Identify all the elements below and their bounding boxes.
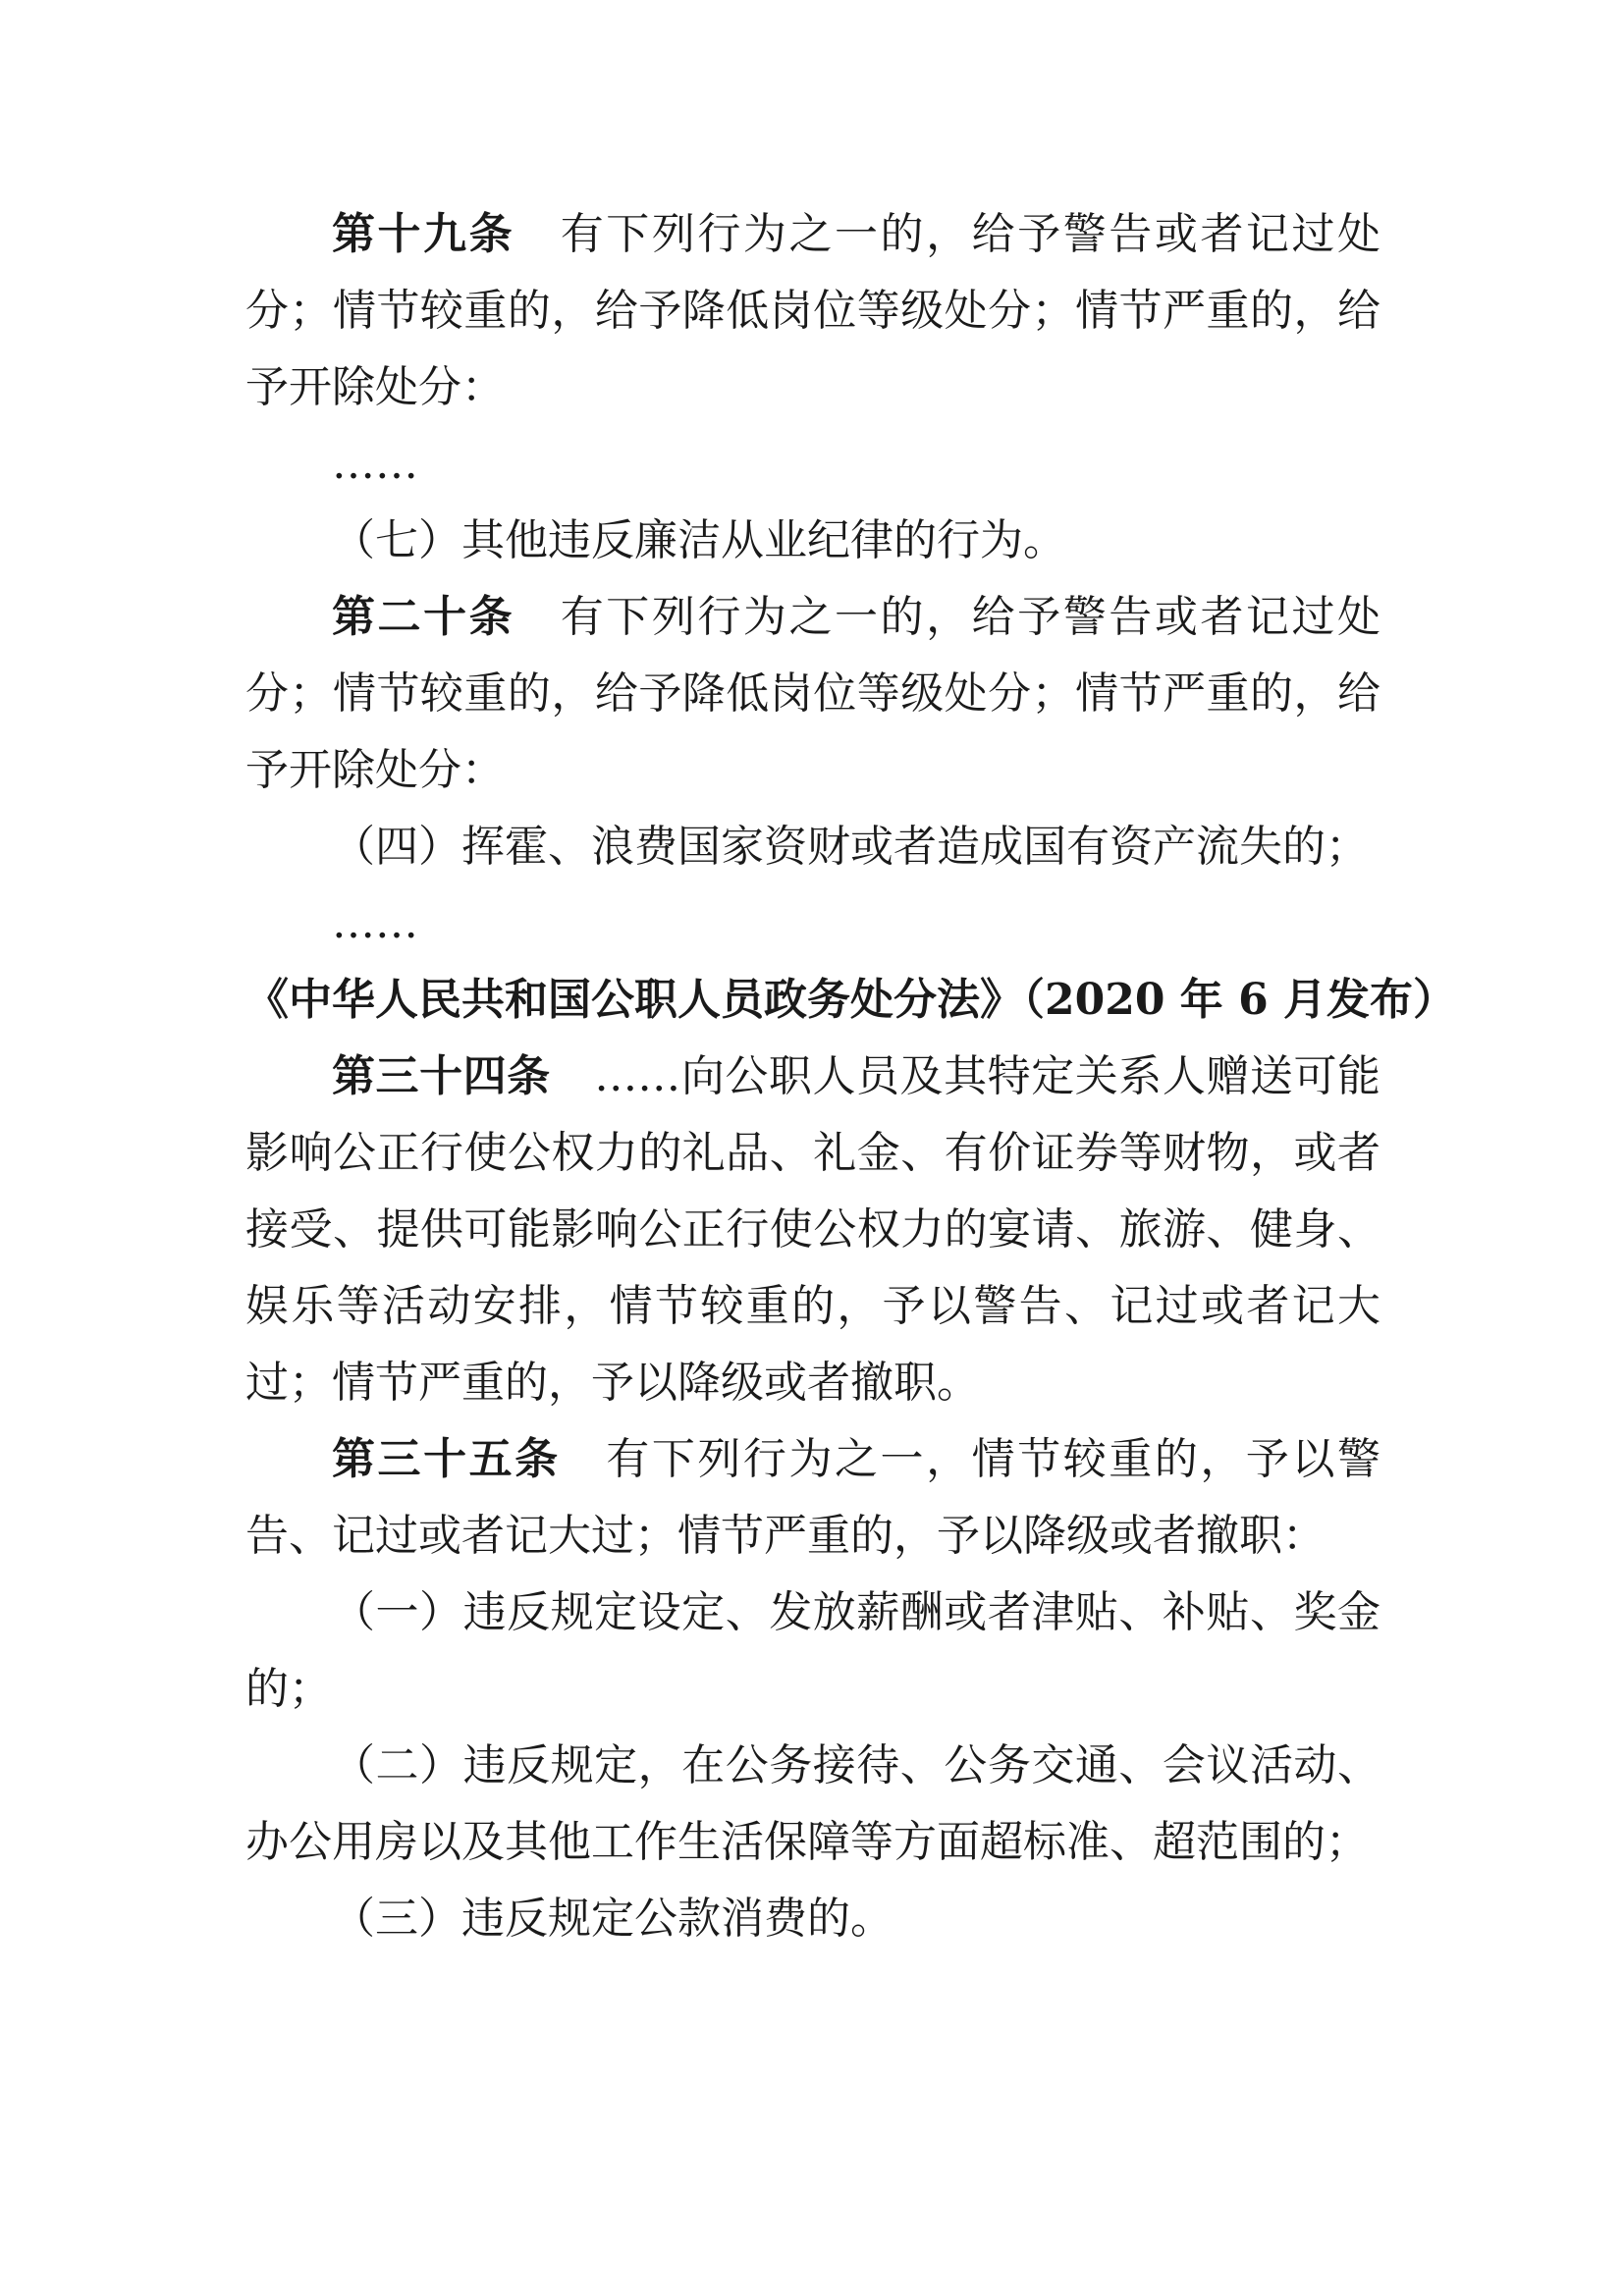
paragraph-text: （一）违反规定设定、发放薪酬或者津贴、补贴、奖金的； <box>245 1587 1380 1714</box>
paragraph-text: …… <box>332 439 418 489</box>
ellipsis-2: …… <box>245 885 1380 962</box>
document-text-block: 第十九条 有下列行为之一的，给予警告或者记过处分；情节较重的，给予降低岗位等级处… <box>245 196 1380 1957</box>
paragraph-text: …… <box>332 898 418 948</box>
item-2: （二）违反规定，在公务接待、公务交通、会议活动、办公用房以及其他工作生活保障等方… <box>245 1728 1380 1881</box>
paragraph-text: （四）挥霍、浪费国家资财或者造成国有资产流失的； <box>332 822 1369 872</box>
article-number: 第十九条 <box>332 209 514 259</box>
item-3: （三）违反规定公款消费的。 <box>245 1881 1380 1957</box>
article-20: 第二十条 有下列行为之一的，给予警告或者记过处分；情节较重的，给予降低岗位等级处… <box>245 579 1380 809</box>
law-title: 《中华人民共和国公职人员政务处分法》（2020 年 6 月发布） <box>245 962 1380 1039</box>
paragraph-text: （七）其他违反廉洁从业纪律的行为。 <box>332 515 1066 565</box>
document-page: 第十九条 有下列行为之一的，给予警告或者记过处分；情节较重的，给予降低岗位等级处… <box>0 0 1624 2296</box>
paragraph-text: （三）违反规定公款消费的。 <box>332 1894 893 1944</box>
article-number: 第三十四条 <box>332 1051 551 1101</box>
paragraph-text: 《中华人民共和国公职人员政务处分法》（2020 年 6 月发布） <box>245 975 1456 1025</box>
item-7: （七）其他违反廉洁从业纪律的行为。 <box>245 503 1380 579</box>
article-34: 第三十四条 ……向公职人员及其特定关系人赠送可能影响公正行使公权力的礼品、礼金、… <box>245 1039 1380 1421</box>
article-19: 第十九条 有下列行为之一的，给予警告或者记过处分；情节较重的，给予降低岗位等级处… <box>245 196 1380 426</box>
article-number: 第二十条 <box>332 592 514 642</box>
item-1: （一）违反规定设定、发放薪酬或者津贴、补贴、奖金的； <box>245 1575 1380 1728</box>
paragraph-text: （二）违反规定，在公务接待、公务交通、会议活动、办公用房以及其他工作生活保障等方… <box>245 1740 1380 1867</box>
item-4: （四）挥霍、浪费国家资财或者造成国有资产流失的； <box>245 809 1380 885</box>
article-number: 第三十五条 <box>332 1434 561 1484</box>
article-35: 第三十五条 有下列行为之一，情节较重的，予以警告、记过或者记大过；情节严重的，予… <box>245 1421 1380 1575</box>
paragraph-text: ……向公职人员及其特定关系人赠送可能影响公正行使公权力的礼品、礼金、有价证券等财… <box>245 1051 1380 1408</box>
ellipsis-1: …… <box>245 426 1380 503</box>
